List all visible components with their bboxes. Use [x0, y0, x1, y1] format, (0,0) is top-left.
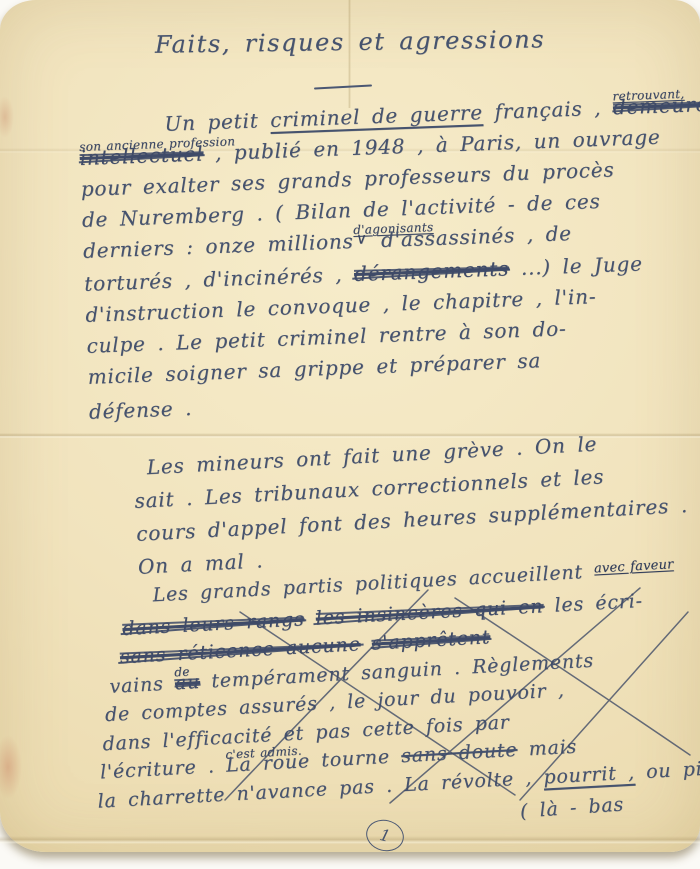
paragraph-1: Un petit criminel de guerre français , d… — [78, 90, 689, 428]
text-segment: ∨d'agonisants — [353, 228, 370, 253]
insertion-note: de — [174, 657, 191, 686]
insertion-note: retrouvant, — [612, 79, 685, 113]
text-segment — [304, 607, 317, 630]
text-segment: ...) le Juge — [509, 251, 643, 280]
page-number-circle: 1 — [363, 816, 407, 855]
struck-text: sans doute — [401, 739, 518, 767]
paper-stain — [0, 735, 22, 799]
struck-text: s'apprêtent — [371, 626, 491, 654]
document-title: Faits, risques et agressions — [0, 23, 700, 61]
struck-text: intellectuelson ancienne profession — [79, 141, 204, 170]
text-segment: les écri- — [543, 589, 644, 616]
text-segment: mais — [517, 736, 578, 761]
text-segment: défense . — [89, 396, 193, 424]
paragraph-3: Les grands partis politiques accueillent… — [86, 553, 693, 816]
text-segment: criminel de guerre — [270, 100, 484, 132]
title-underline — [314, 84, 372, 89]
text-segment: ou pire . — [634, 755, 700, 783]
text-segment: avec faveur — [594, 557, 674, 576]
struck-text: dérangements — [354, 256, 510, 286]
margin-note: ( là - bas — [519, 793, 624, 822]
struck-text: aude — [174, 670, 200, 693]
paper-stain — [0, 96, 14, 138]
text-segment: derniers : onze millions — [83, 229, 354, 263]
struck-text: demeuréretrouvant, — [612, 92, 700, 119]
paper-sheet: Faits, risques et agressions Un petit cr… — [0, 0, 700, 852]
text-segment: vains — [109, 672, 176, 698]
text-segment: français , — [482, 95, 613, 124]
page-number: 1 — [378, 825, 392, 846]
text-segment: l'écriture . — [100, 755, 227, 784]
text-segment: On a mal . — [137, 548, 264, 579]
fold-crease — [0, 836, 700, 844]
text-segment: pourrit , — [543, 761, 636, 788]
